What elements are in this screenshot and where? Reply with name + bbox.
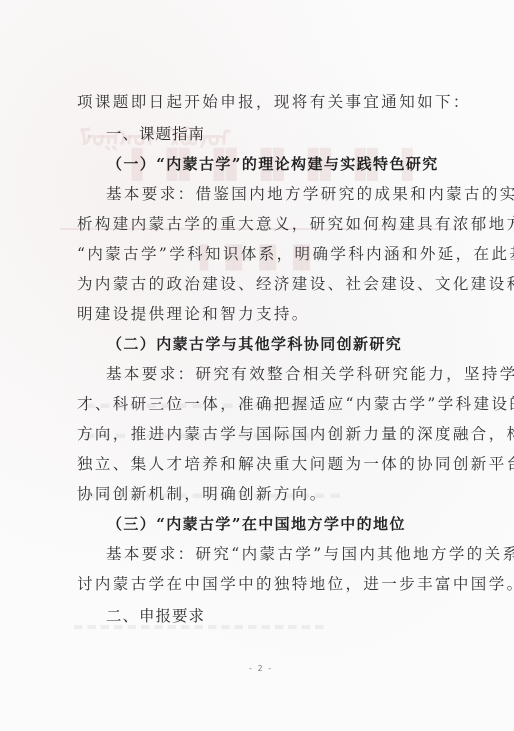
topic-1-line-5: 明建设提供理论和智力支持。 <box>77 304 457 324</box>
topic-heading-1: （一）“内蒙古学”的理论构建与实践特色研究 <box>107 154 487 174</box>
topic-1-line-2: 析构建内蒙古学的重大意义，研究如何构建具有浓郁地方特点的 <box>77 214 457 234</box>
section-heading-guide: 一、课题指南 <box>106 124 486 144</box>
page-number: - 2 - <box>240 664 280 673</box>
topic-2-line-2: 才、科研三位一体，准确把握适应“内蒙古学”学科建设的创新 <box>77 394 457 414</box>
topic-2-line-4: 独立、集人才培养和解决重大问题为一体的协同创新平台，完善 <box>77 454 457 474</box>
topic-1-line-1: 基本要求：借鉴国内地方学研究的成果和内蒙古的实践，分 <box>106 184 457 204</box>
topic-1-line-3: “内蒙古学”学科知识体系，明确学科内涵和外延，在此基础上 <box>77 244 457 264</box>
topic-2-line-3: 方向，推进内蒙古学与国际国内创新力量的深度融合，构建相对 <box>77 424 457 444</box>
topic-3-line-1: 基本要求：研究“内蒙古学”与国内其他地方学的关系，探 <box>106 544 457 564</box>
topic-2-line-5: 协同创新机制，明确创新方向。 <box>77 484 457 504</box>
topic-1-line-4: 为内蒙古的政治建设、经济建设、社会建设、文化建设和生态文 <box>77 274 457 294</box>
topic-3-line-2: 讨内蒙古学在中国学中的独特地位，进一步丰富中国学。 <box>77 574 457 594</box>
topic-heading-2: （二）内蒙古学与其他学科协同创新研究 <box>107 334 487 354</box>
intro-paragraph: 项课题即日起开始申报，现将有关事宜通知如下： <box>77 92 457 112</box>
topic-2-line-1: 基本要求：研究有效整合相关学科研究能力，坚持学科、人 <box>106 364 457 384</box>
section-heading-requirements: 二、申报要求 <box>106 606 486 626</box>
topic-heading-3: （三）“内蒙古学”在中国地方学中的地位 <box>107 514 487 534</box>
document-page: ᠦᠪᠦᠷ ᠮᠣᠩᠭᠣᠯ ▌▐▌▐▌▐▌▐▌▐▌▐ ▐▌▐▌▐▌▐ ▬▬▬▬▬▬▬… <box>0 0 514 731</box>
